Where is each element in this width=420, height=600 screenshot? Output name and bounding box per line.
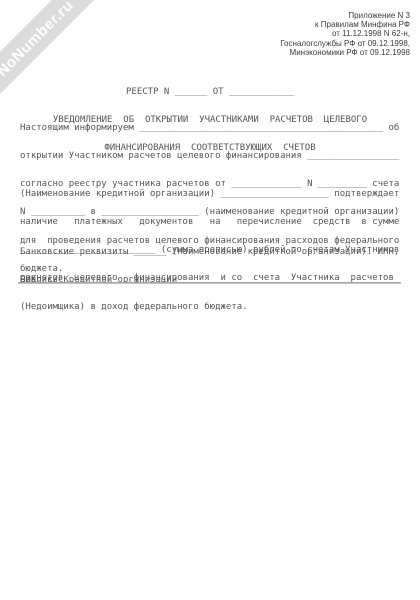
body-line: Банковские реквизиты ______ (наименовани… [20,248,399,257]
body-line: открытии Участником расчетов целевого фи… [20,152,399,161]
body-line: Настоящим информируем __________________… [20,124,399,133]
header-line: Приложение N 3 [280,11,410,20]
signature-line: Подпись Кредитной организации [20,257,177,304]
appendix-reference: Приложение N 3 к Правилам Минфина РФ от … [280,11,410,57]
watermark-text: NoNumber.ru [0,0,77,80]
body-line: (Наименование кредитной организации) ___… [20,190,399,199]
title-line-registry-number: РЕЕСТР N ______ ОТ ____________ [0,88,420,97]
header-line: к Правилам Минфина РФ [280,20,410,29]
header-line: Госналогслужбы РФ от 09.12.1998, [280,39,410,48]
header-line: от 11.12.1998 N 62-н, [280,29,410,38]
body-line: наличие платежных документов на перечисл… [20,218,399,227]
divider [18,282,401,284]
document-page: NoNumber.ru Приложение N 3 к Правилам Ми… [0,0,420,600]
header-line: Минэкономики РФ от 09.12.1998 [280,48,410,57]
